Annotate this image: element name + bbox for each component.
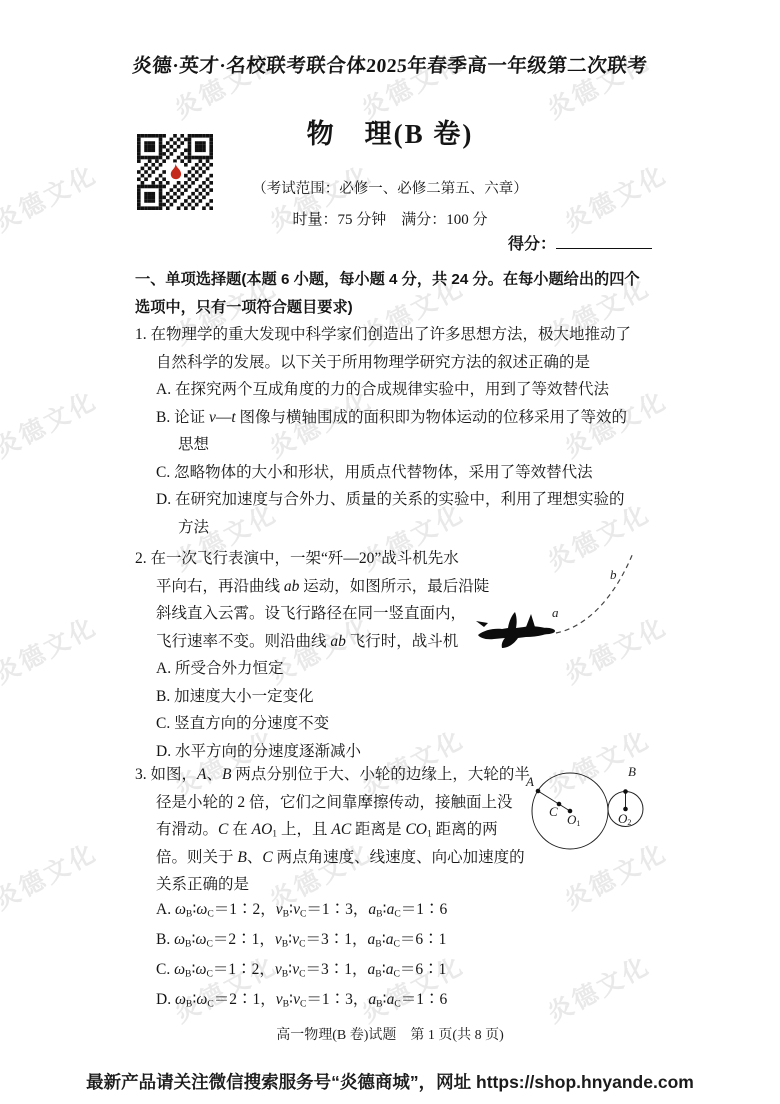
q3-stem-line: 有滑动。C 在 AO1 上，且 AC 距离是 CO1 距离的两 xyxy=(135,816,530,844)
q1-option-c: C. 忽略物体的大小和形状，用质点代替物体，采用了等效替代法 xyxy=(135,459,631,487)
q1-option-d: D. 在研究加速度与合外力、质量的关系的实验中，利用了理想实验的 xyxy=(135,486,631,514)
q1-stem-line: 自然科学的发展。以下关于所用物理学研究方法的叙述正确的是 xyxy=(135,349,631,377)
section-heading-line: 选项中，只有一项符合题目要求) xyxy=(135,294,640,322)
point-C-label: C xyxy=(549,804,558,820)
q2-option-a: A. 所受合外力恒定 xyxy=(135,655,489,683)
q2-stem-line: 斜线直入云霄。设飞行路径在同一竖直面内， xyxy=(135,600,489,628)
center-O1-label: O1 xyxy=(567,812,580,828)
q2-stem-line: 飞行速率不变。则沿曲线 ab 飞行时，战斗机 xyxy=(135,628,489,656)
jet-trajectory-figure: a b xyxy=(474,543,662,659)
q2-stem-line: 2. 在一次飞行表演中，一架“歼—20”战斗机先水 xyxy=(135,545,489,573)
trajectory-dashed-curve xyxy=(556,553,633,633)
score-underline xyxy=(556,233,652,249)
q3-option-b: B. ωB∶ωC＝2∶1，vB∶vC＝3∶1，aB∶aC＝6∶1 xyxy=(135,925,447,955)
question-3-options: A. ωB∶ωC＝1∶2，vB∶vC＝1∶3，aB∶aC＝1∶6 B. ωB∶ω… xyxy=(135,895,447,1015)
trajectory-point-b-label: b xyxy=(610,567,617,583)
q1-option-a: A. 在探究两个互成角度的力的合成规律实验中，用到了等效替代法 xyxy=(135,376,631,404)
question-1: 1. 在物理学的重大发现中科学家们创造出了许多思想方法，极大地推动了 自然科学的… xyxy=(135,321,631,541)
paper-title: 物 理(B 卷) xyxy=(0,112,780,151)
point-A-label: A xyxy=(526,774,534,790)
point-B-label: B xyxy=(628,764,636,780)
question-3: 3. 如图，A、B 两点分别位于大、小轮的边缘上，大轮的半 径是小轮的 2 倍，… xyxy=(135,761,530,899)
watermark-text: 炎德文化 xyxy=(0,833,103,917)
friction-wheels-figure: A C O1 B O2 xyxy=(530,757,690,863)
exam-series-title: 炎德·英才·名校联考联合体2025年春季高一年级第二次联考 xyxy=(0,50,780,78)
q2-option-b: B. 加速度大小一定变化 xyxy=(135,683,489,711)
trajectory-point-a-label: a xyxy=(552,605,559,621)
score-row: 得分： xyxy=(508,231,652,254)
q1-stem-line: 1. 在物理学的重大发现中科学家们创造出了许多思想方法，极大地推动了 xyxy=(135,321,631,349)
qr-code-grid xyxy=(137,134,213,210)
q1-option-b: B. 论证 v—t 图像与横轴围成的面积即为物体运动的位移采用了等效的 xyxy=(135,404,631,432)
exam-scope: （考试范围：必修一、必修二第五、六章） xyxy=(0,177,780,198)
jet-silhouette-icon xyxy=(476,612,555,648)
q2-stem-line: 平向右，再沿曲线 ab 运动，如图所示，最后沿陡 xyxy=(135,573,489,601)
q3-option-c: C. ωB∶ωC＝1∶2，vB∶vC＝3∶1，aB∶aC＝6∶1 xyxy=(135,955,447,985)
question-2: 2. 在一次飞行表演中，一架“歼—20”战斗机先水 平向右，再沿曲线 ab 运动… xyxy=(135,545,489,765)
watermark-text: 炎德文化 xyxy=(540,946,656,1030)
q2-option-c: C. 竖直方向的分速度不变 xyxy=(135,710,489,738)
qr-code xyxy=(137,134,213,210)
duration-line: 时量：75 分钟 满分：100 分 xyxy=(0,208,780,229)
section-heading-line: 一、单项选择题(本题 6 小题，每小题 4 分，共 24 分。在每小题给出的四个 xyxy=(135,266,640,294)
q1-option-d-cont: 方法 xyxy=(135,514,631,542)
score-label: 得分： xyxy=(508,236,556,253)
q3-option-d: D. ωB∶ωC＝2∶1，vB∶vC＝1∶3，aB∶aC＝1∶6 xyxy=(135,985,447,1015)
q3-option-a: A. ωB∶ωC＝1∶2，vB∶vC＝1∶3，aB∶aC＝1∶6 xyxy=(135,895,447,925)
q3-stem-line: 径是小轮的 2 倍，它们之间靠摩擦传动，接触面上没 xyxy=(135,789,530,817)
promo-banner: 最新产品请关注微信搜索服务号“炎德商城”，网址 https://shop.hny… xyxy=(0,1069,780,1094)
q1-option-b-cont: 思想 xyxy=(135,431,631,459)
section-heading: 一、单项选择题(本题 6 小题，每小题 4 分，共 24 分。在每小题给出的四个… xyxy=(135,266,640,321)
q3-stem-line: 倍。则关于 B、C 两点角速度、线速度、向心加速度的 xyxy=(135,844,530,872)
page-footer: 高一物理(B 卷)试题 第 1 页(共 8 页) xyxy=(0,1024,780,1044)
exam-page: 炎德文化炎德文化炎德文化炎德文化炎德文化炎德文化炎德文化炎德文化炎德文化炎德文化… xyxy=(0,0,780,1104)
q3-stem-line: 3. 如图，A、B 两点分别位于大、小轮的边缘上，大轮的半 xyxy=(135,761,530,789)
center-O2-label: O2 xyxy=(618,811,631,827)
watermark-text: 炎德文化 xyxy=(0,607,103,691)
watermark-text: 炎德文化 xyxy=(0,381,103,465)
